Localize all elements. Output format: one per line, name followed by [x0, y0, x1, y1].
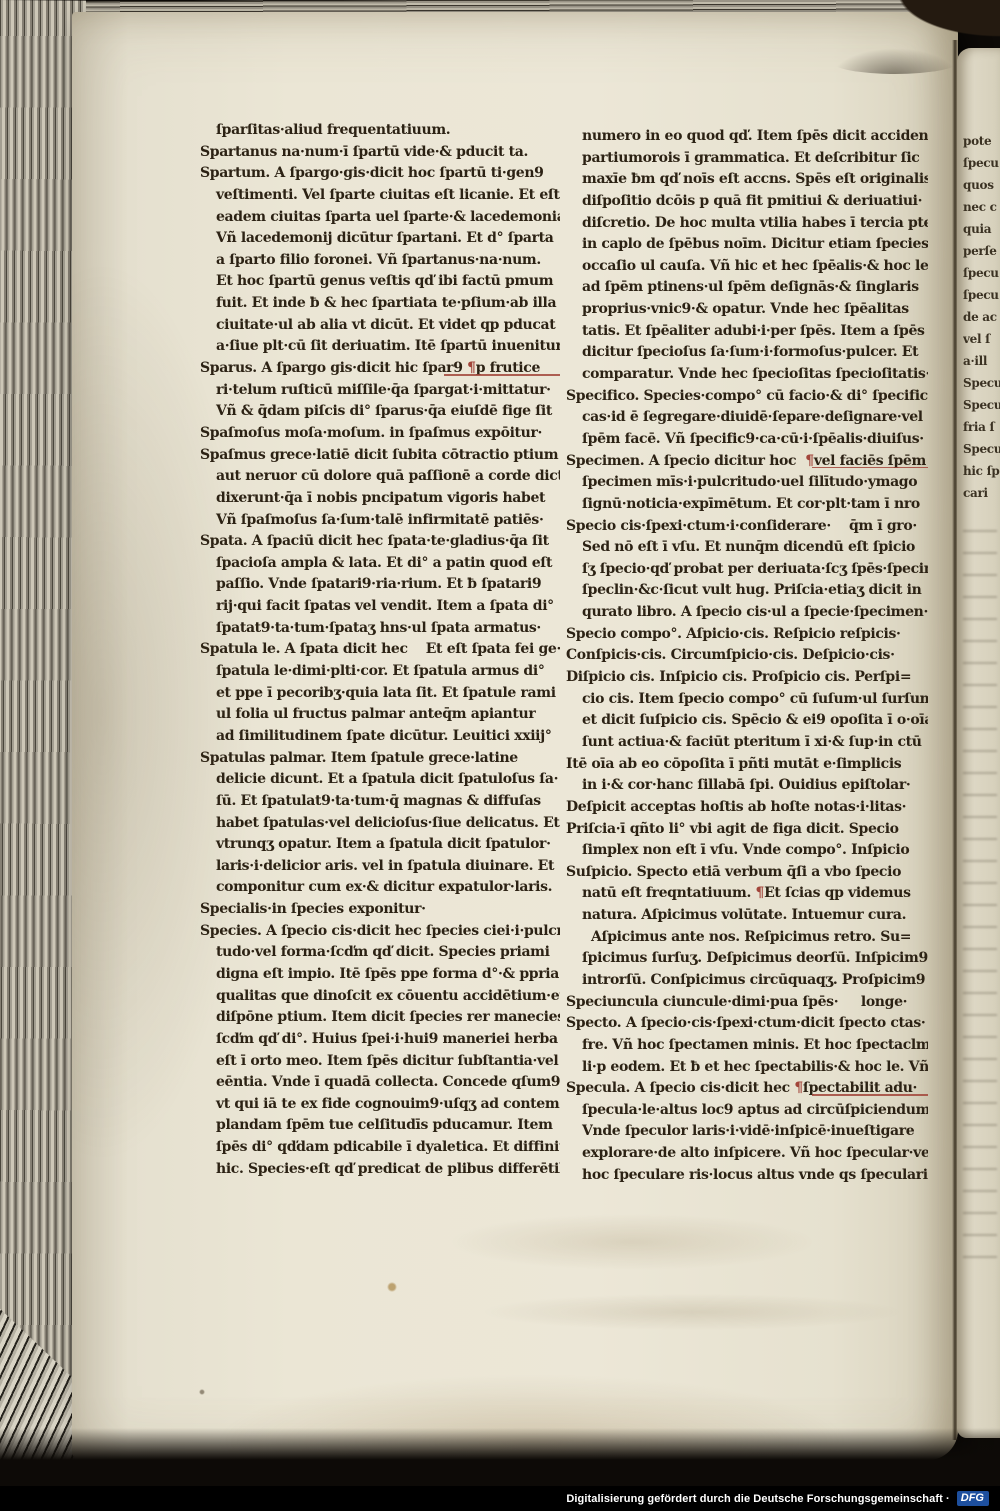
text-line: natura. Aſpicimus volūtate. Intuemur cur…: [566, 905, 928, 927]
text-line: ſpatat9·ta·tum·ſpataʒ hns·ul ſpata armat…: [200, 618, 560, 640]
text-line: eadem ciuitas ſparta uel ſparte·& lacede…: [200, 207, 560, 229]
text-line: Vñ & q̄dam piſcis di° ſparus·q̄a eiuſdē …: [200, 401, 560, 423]
text-line: Speciuncula ciuncule·dimi·pua ſpēs· long…: [566, 992, 928, 1014]
text-line: Aſpicimus ante nos. Reſpicimus retro. Su…: [566, 927, 928, 949]
text-line: ad ſimilitudinem ſpate dicūtur. Leuitici…: [200, 726, 560, 748]
text-line: Specio cis·ſpexi·ctum·i·conſiderare· q̄m…: [566, 516, 928, 538]
text-line: occaſio ul cauſa. Vñ hic et hec ſpēalis·…: [566, 256, 928, 278]
next-page-text-blur: [963, 530, 997, 1270]
text-line: Spartanus na·num·ī ſpartū vide·& pducit …: [200, 142, 560, 164]
text-line: introrſū. Conſpicimus circūquaqʒ. Proſpi…: [566, 970, 928, 992]
text-line: qurato libro. A ſpecio cis·ul a ſpecie·ſ…: [566, 602, 928, 624]
text-line: a ſparto filio foronei. Vñ ſpartanus·na·…: [200, 250, 560, 272]
text-line: Deſpicit acceptas hoſtis ab hoſte notas·…: [566, 797, 928, 819]
text-line: vtrunqʒ opatur. Item a ſpatula dicit ſpa…: [200, 834, 560, 856]
text-line: ſpicimus ſurſuʒ. Deſpicimus deorſū. Inſp…: [566, 948, 928, 970]
text-line: tudo·vel forma·ſcďm qď dicit. Species pr…: [200, 942, 560, 964]
text-line: Specto. A ſpecio·cis·ſpexi·ctum·dicit ſp…: [566, 1013, 928, 1035]
text-line: tatis. Et ſpēaliter adubi·i·per ſpēs. It…: [566, 321, 928, 343]
text-line: ad ſpēm ptinens·ul ſpēm deſignās·& ſingl…: [566, 277, 928, 299]
text-column-right: numero in eo quod qď. Item ſpēs dicit ac…: [566, 126, 928, 1192]
text-line: plandam ſpēm tue celſitudīs pducamur. It…: [200, 1115, 560, 1137]
text-line: dicitur ſpecioſus ſa·ſum·i·formoſus·pulc…: [566, 342, 928, 364]
text-line: Specialis·in ſpecies exponitur·: [200, 899, 560, 921]
text-line: ſʒ ſpecio·qď probat per deriuata·ſcʒ ſpē…: [566, 559, 928, 581]
edge-text-fragment: a·ill: [963, 350, 1000, 372]
text-line: aut neruor cū dolore quā paſſionē a cord…: [200, 466, 560, 488]
text-line: Diſpicio cis. Inſpicio cis. Proſpicio ci…: [566, 667, 928, 689]
text-line: cas·id ē ſegregare·diuidē·ſepare·deſigna…: [566, 407, 928, 429]
text-line: proprius·vnic9·& opatur. Vnde hec ſpēali…: [566, 299, 928, 321]
text-column-left: ſparſitas·aliud frequentatiuum.Spartanus…: [200, 120, 560, 1186]
edge-text-fragment: cari: [963, 482, 1000, 504]
text-line: Spaſmus grece·latiē dicit ſubita cōtract…: [200, 445, 560, 467]
text-line: ul folia ul fructus palmar anteq̄m apian…: [200, 704, 560, 726]
text-line: ri·telum ruſticū miſſile·q̄a ſpargat·i·m…: [200, 380, 560, 402]
text-line: habet ſpatulas·vel delicioſus·ſiue delic…: [200, 813, 560, 835]
text-line: Spata. A ſpaciū dicit hec ſpata·te·gladi…: [200, 531, 560, 553]
text-line: Sed nō eſt ī vſu. Et nunq̄m dicendū eſt …: [566, 537, 928, 559]
text-line: qualitas que dinoſcit ex cōuentu accidēt…: [200, 986, 560, 1008]
text-line: Specula. A ſpecio cis·dicit hec ¶ſpectab…: [566, 1078, 928, 1100]
text-line: digna eſt impio. Itē ſpēs ppe forma d°·&…: [200, 964, 560, 986]
rubric-mark: ¶: [756, 885, 765, 901]
edge-text-fragment: ſpecu: [963, 284, 1000, 306]
text-line: in i·& cor·hanc ſillabā ſpi. Ouidius epi…: [566, 775, 928, 797]
page-curl-shadow: [830, 48, 960, 74]
text-line: Vñ lacedemonij dicūtur ſpartani. Et d° ſ…: [200, 228, 560, 250]
text-line: comparatur. Vnde hec ſpecioſitas ſpecioſ…: [566, 364, 928, 386]
text-line: fre. Vñ hoc ſpectamen minis. Et hoc ſpec…: [566, 1035, 928, 1057]
edge-text-fragment: Specu: [963, 438, 1000, 460]
rubric-mark: ¶: [794, 1080, 803, 1096]
text-line: numero in eo quod qď. Item ſpēs dicit ac…: [566, 126, 928, 148]
text-line: Specimen. A ſpecio dicitur hoc ¶vel faci…: [566, 451, 928, 473]
text-line: cio cis. Item ſpecio compo° cū ſuſum·ul …: [566, 689, 928, 711]
text-line: partiumorois ī grammatica. Et deſcribitu…: [566, 148, 928, 170]
edge-text-fragment: vel ſ: [963, 328, 1000, 350]
edge-text-fragment: ſpecu: [963, 262, 1000, 284]
edge-text-fragment: quos: [963, 174, 1000, 196]
text-line: ſpatula le·dimi·plti·cor. Et ſpatula arm…: [200, 661, 560, 683]
text-line: delicie dicunt. Et a ſpatula dicit ſpatu…: [200, 769, 560, 791]
text-line: Suſpicio. Specto etiā verbum q̄ſi a vbo …: [566, 862, 928, 884]
text-line: vt qui iā te ex fide cognouim9·uſqʒ ad c…: [200, 1094, 560, 1116]
next-page-edge: poteſpecuquosnec cquiaperſeſpecuſpecude …: [957, 48, 1000, 1438]
text-line: Itē oīa ab eo cōpoſita ī pñti mutāt e·ſi…: [566, 754, 928, 776]
manuscript-page: ſparſitas·aliud frequentatiuum.Spartanus…: [72, 12, 958, 1460]
text-line: ciuitate·ul ab alia vt dicūt. Et videt q…: [200, 315, 560, 337]
text-line: hic. Species·eſt qď predicat de plibus d…: [200, 1159, 560, 1181]
edge-text-fragment: de ac: [963, 306, 1000, 328]
text-line: Conſpicis·cis. Circumſpicio·cis. Deſpici…: [566, 645, 928, 667]
text-line: eēntia. Vnde ī quadā collecta. Concede q…: [200, 1072, 560, 1094]
text-line: li·p eodem. Et ƀ et hec ſpectabilis·& ho…: [566, 1057, 928, 1079]
edge-text-fragment: ſpecu: [963, 152, 1000, 174]
text-line: ſcďm qď di°. Huius ſpei·i·hui9 maneriei …: [200, 1029, 560, 1051]
text-line: Vñ ſpaſmoſus ſa·ſum·talē infirmitatē pat…: [200, 510, 560, 532]
text-line: et ppe ī pecoribʒ·quia lata ſit. Et ſpat…: [200, 683, 560, 705]
text-line: componitur cum ex·& dicitur expatulor·la…: [200, 877, 560, 899]
text-line: dixerunt·q̄a ī nobis pncipatum vigoris h…: [200, 488, 560, 510]
text-line: diſpōne ptium. Item dicit ſpecies rer ma…: [200, 1007, 560, 1029]
bottom-shadow: [0, 1428, 1000, 1486]
text-line: Specio compo°. Aſpicio·cis. Reſpicio reſ…: [566, 624, 928, 646]
text-line: ſpacioſa ampla & lata. Et di° a patin qu…: [200, 553, 560, 575]
text-line: paſſio. Vnde ſpatari9·ria·rium. Et ƀ ſpa…: [200, 574, 560, 596]
text-line: ſunt actiua·& faciūt pteritum ī xi·& ſup…: [566, 732, 928, 754]
digitization-footer-bar: Digitalisierung gefördert durch die Deut…: [0, 1486, 1000, 1511]
text-line: Et hoc ſpartū genus veſtis qď ibi factū …: [200, 271, 560, 293]
text-line: et dicit ſuſpicio cis. Spēcio & ei9 opoſ…: [566, 710, 928, 732]
text-line: fuit. Et inde ƀ & hec ſpartiata te·pſium…: [200, 293, 560, 315]
next-page-text-fragments: poteſpecuquosnec cquiaperſeſpecuſpecude …: [963, 130, 1000, 504]
text-line: ſpēm facē. Vñ ſpecific9·ca·cū·i·ſpēalis·…: [566, 429, 928, 451]
text-line: ſpēs di° qďdam pdicabile ī dyaletica. Et…: [200, 1137, 560, 1159]
edge-text-fragment: hic ſp: [963, 460, 1000, 482]
text-line: veſtimenti. Vel ſparte ciuitas eſt lican…: [200, 185, 560, 207]
text-line: natū eſt freqntatiuum. ¶Et ſcias qp vide…: [566, 883, 928, 905]
text-line: ſpecula·le·altus loc9 aptus ad circūſpic…: [566, 1100, 928, 1122]
dfg-logo: DFG: [957, 1491, 989, 1506]
text-line: Sparus. A ſpargo gis·dicit hic ſpar9 ¶p …: [200, 358, 560, 380]
text-line: Spaſmoſus moſa·moſum. in ſpaſmus expōitu…: [200, 423, 560, 445]
text-line: Spatulas palmar. Item ſpatule grece·lati…: [200, 748, 560, 770]
text-line: Specifico. Species·compo° cū facio·& di°…: [566, 386, 928, 408]
text-line: ſignū·noticia·expīmētum. Et cor·plt·tam …: [566, 494, 928, 516]
text-line: rij·qui facit ſpatas vel vendit. Item a …: [200, 596, 560, 618]
text-line: laris·i·delicior aris. vel in ſpatula di…: [200, 856, 560, 878]
edge-text-fragment: nec c: [963, 196, 1000, 218]
edge-text-fragment: Specul: [963, 372, 1000, 394]
text-line: ſimplex non eſt ī vſu. Vnde compo°. Inſp…: [566, 840, 928, 862]
text-line: ſpeclin·&c·ſicut vult hug. Priſcia·etiaʒ…: [566, 580, 928, 602]
text-line: hoc ſpeculare ris·locus altus vnde qs ſp…: [566, 1165, 928, 1187]
text-line: maxīe ƀm qď noīs eſt accns. Spēs eſt ori…: [566, 169, 928, 191]
digitization-credit-text: Digitalisierung gefördert durch die Deut…: [566, 1493, 949, 1505]
text-line: ſparſitas·aliud frequentatiuum.: [200, 120, 560, 142]
text-line: diſpoſitio dcōis p quā fit pmitiui & der…: [566, 191, 928, 213]
edge-text-fragment: fria ſ: [963, 416, 1000, 438]
text-line: ſū. Et ſpatulat9·ta·tum·q̄ magnas & diff…: [200, 791, 560, 813]
text-line: explorare·de alto inſpicere. Vñ hoc ſpec…: [566, 1143, 928, 1165]
edge-text-fragment: quia: [963, 218, 1000, 240]
rubric-mark: ¶: [805, 453, 814, 469]
text-line: Priſcia·ī qñto li° vbi agit de figa dici…: [566, 819, 928, 841]
edge-text-fragment: Specul: [963, 394, 1000, 416]
rubric-mark: ¶: [467, 360, 476, 376]
text-line: a·ſiue plt·cū ſit deriuatim. Itē ſpartū …: [200, 336, 560, 358]
text-line: diſcretio. De hoc multa vtilia habes ī t…: [566, 213, 928, 235]
text-line: Vnde ſpeculor laris·i·vidē·inſpicē·inueſ…: [566, 1121, 928, 1143]
text-line: Species. A ſpecio cis·dicit hec ſpecies …: [200, 921, 560, 943]
text-line: ſpecimen mīs·i·pulcritudo·uel ſilītudo·y…: [566, 472, 928, 494]
scanned-book-photo: ſparſitas·aliud frequentatiuum.Spartanus…: [0, 0, 1000, 1511]
text-line: in caplo de ſpēbus noīm. Dicitur etiam ſ…: [566, 234, 928, 256]
text-line: eſt ī orto meo. Item ſpēs dicitur ſubſta…: [200, 1051, 560, 1073]
edge-text-fragment: pote: [963, 130, 1000, 152]
text-line: Spartum. A ſpargo·gis·dicit hoc ſpartū t…: [200, 163, 560, 185]
edge-text-fragment: perſe: [963, 240, 1000, 262]
text-line: Spatula le. A ſpata dicit hec Et eſt ſpa…: [200, 639, 560, 661]
